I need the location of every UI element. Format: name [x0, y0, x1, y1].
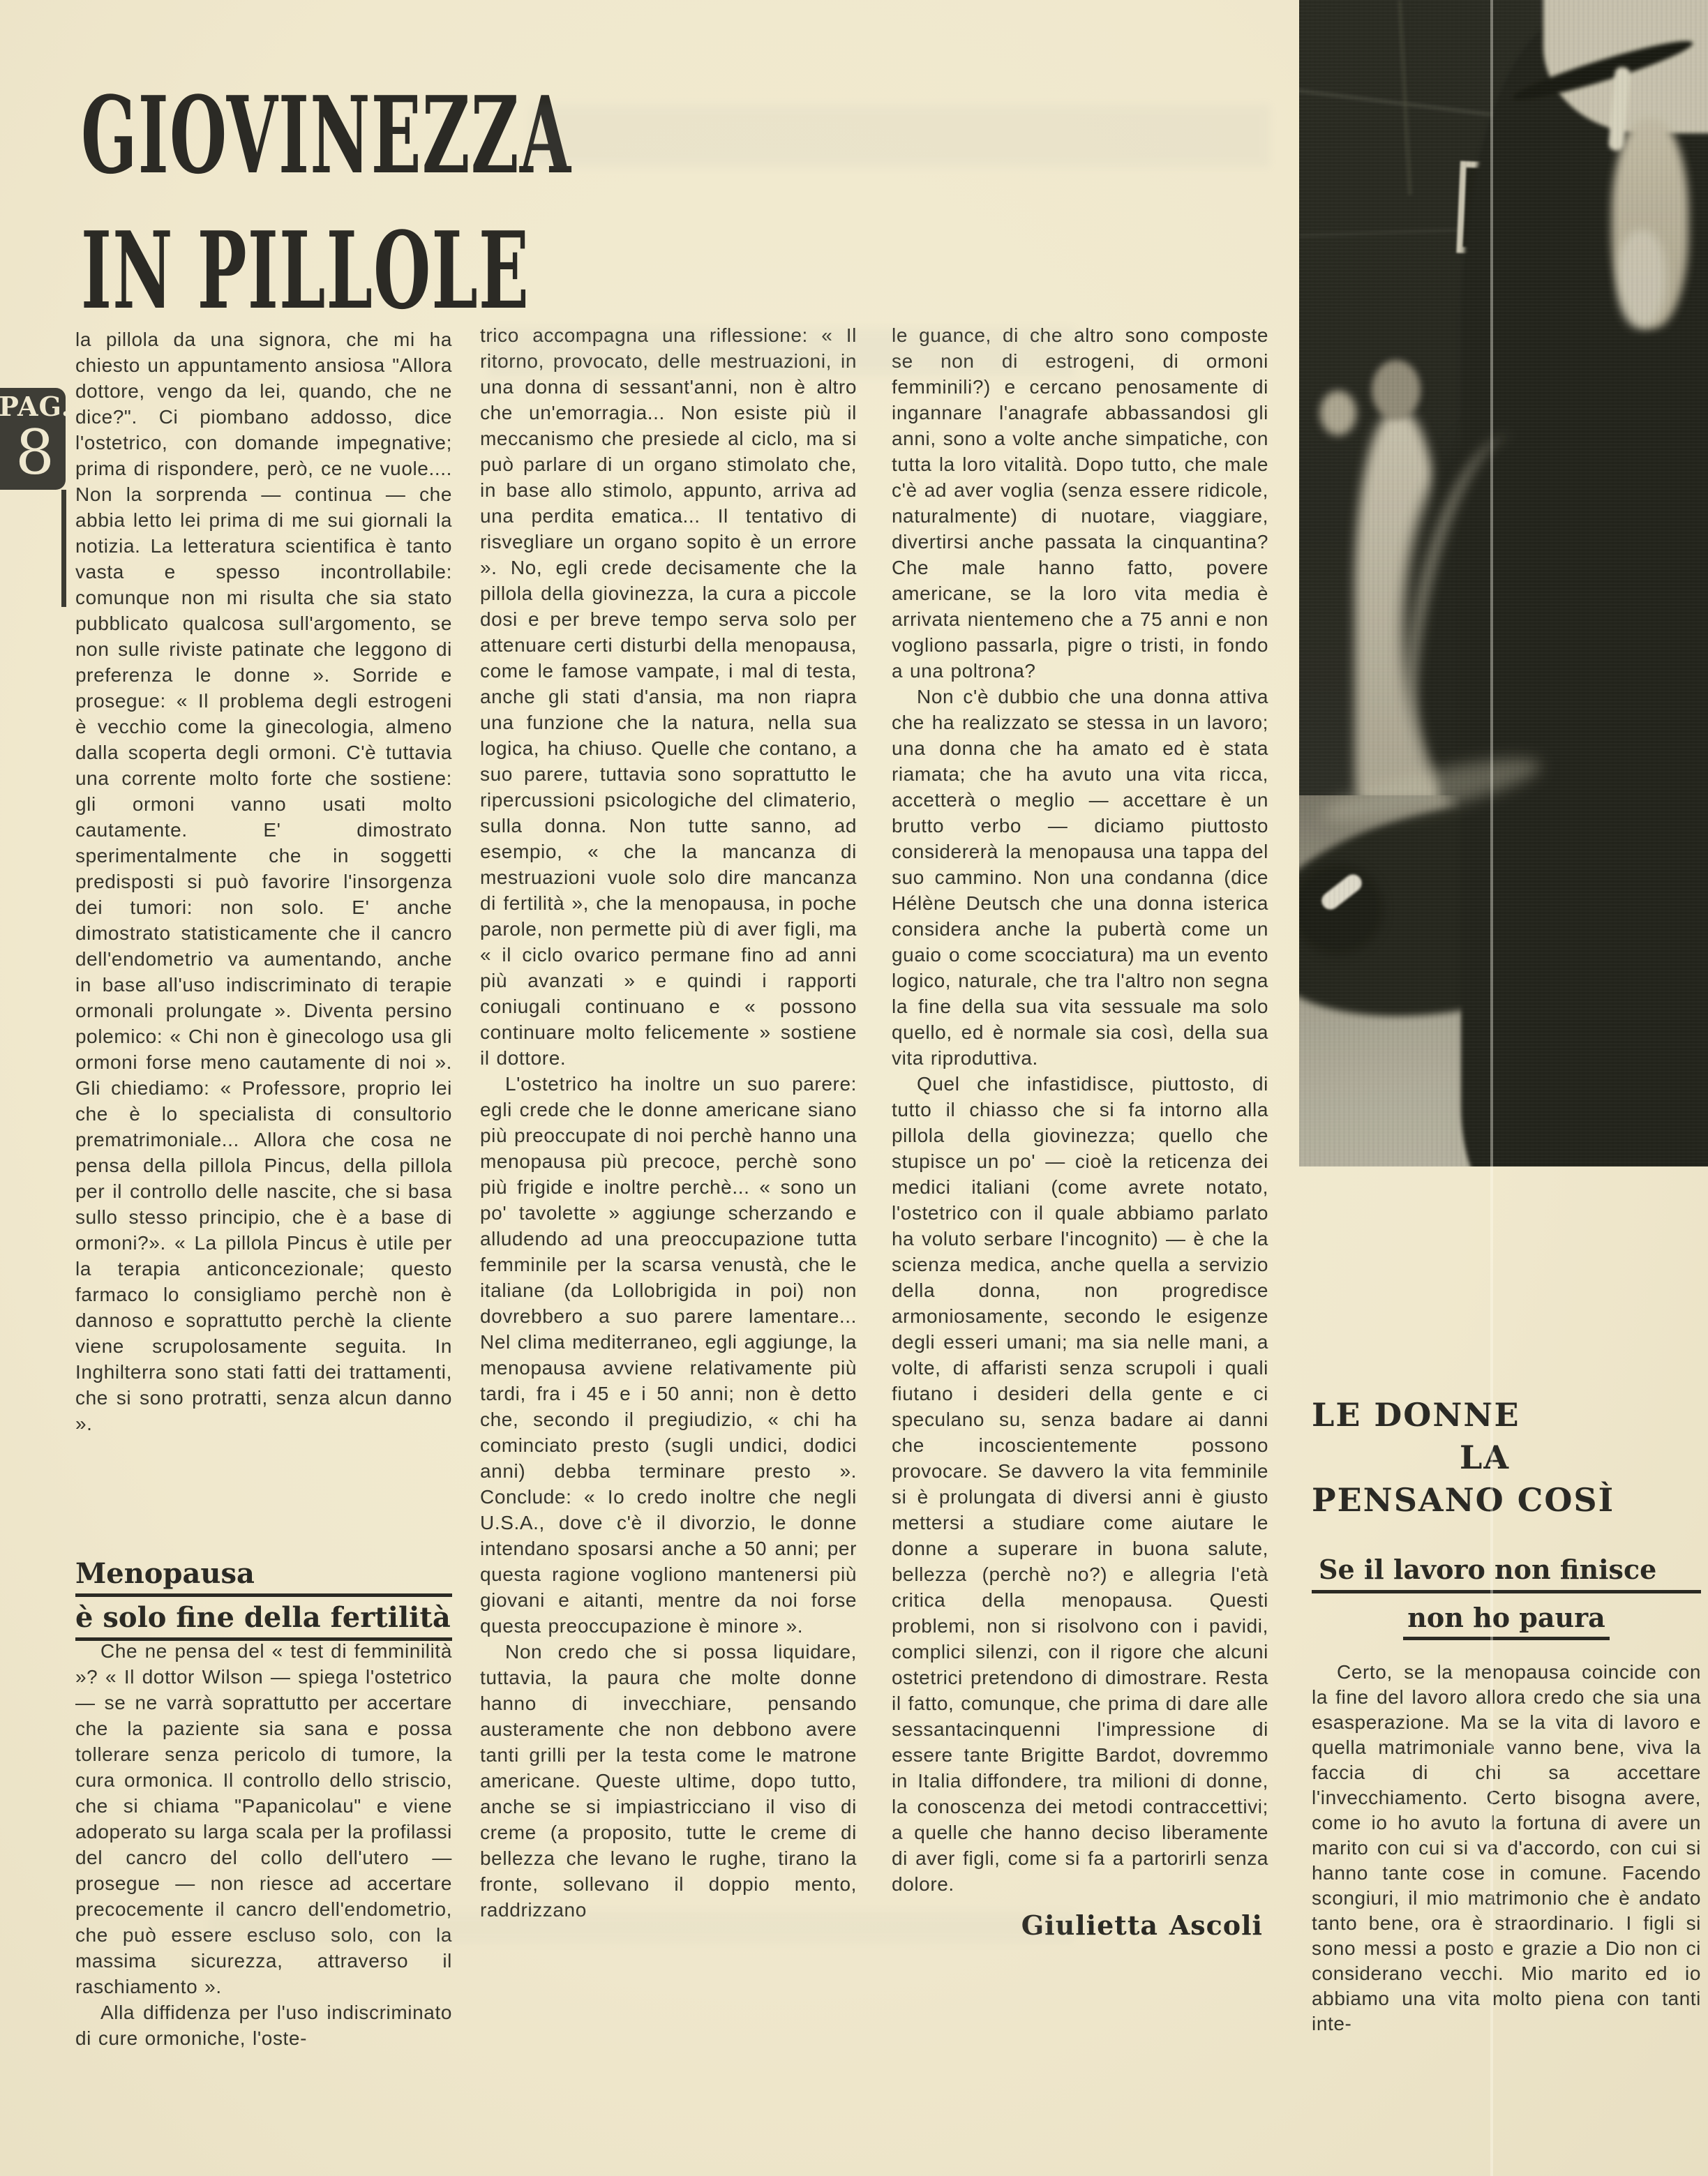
- magazine-page: GIOVINEZZA IN PILLOLE PAG. 8 TURNER CONS…: [0, 0, 1708, 2176]
- section-heading: Menopausa è solo fine della fertilità: [75, 1559, 452, 1641]
- article-column-2: trico accompagna una riflessione: « Il r…: [480, 322, 857, 1923]
- paragraph: Alla diffidenza per l'uso indiscriminato…: [75, 1999, 452, 2051]
- photo-grain-overlay: [1299, 0, 1708, 1166]
- margin-tick: [61, 490, 66, 607]
- paragraph: Certo, se la menopausa coincide con la f…: [1312, 1660, 1701, 2036]
- article-column-1: la pillola da una signora, che mi ha chi…: [75, 327, 452, 1436]
- paragraph: la pillola da una signora, che mi ha chi…: [75, 327, 452, 1436]
- paragraph: trico accompagna una riflessione: « Il r…: [480, 322, 857, 1071]
- sidebar-subhead-line1: Se il lavoro non finisce: [1312, 1555, 1701, 1593]
- paragraph: Che ne pensa del « test di femminilità »…: [75, 1638, 452, 1999]
- sidebar-headline-line2: LA: [1460, 1436, 1701, 1479]
- sidebar-headline-line3: PENSANO COSÌ: [1312, 1479, 1701, 1522]
- section-heading-line2: è solo fine della fertilità: [75, 1603, 452, 1641]
- street-photo: TURNER CONSTRUCTI COMPANY: [1299, 0, 1708, 1166]
- article-column-3: le guance, di che altro sono composte se…: [892, 322, 1268, 1938]
- sidebar-le-donne: LE DONNE LA PENSANO COSÌ Se il lavoro no…: [1312, 1394, 1701, 2036]
- page-number-badge: PAG. 8: [0, 388, 66, 490]
- paragraph: L'ostetrico ha inoltre un suo parere: eg…: [480, 1071, 857, 1639]
- paragraph: Non c'è dubbio che una donna attiva che …: [892, 684, 1268, 1071]
- article-title-text2: IN PILLOLE: [81, 218, 530, 324]
- sidebar-subhead-line2: non ho paura: [1403, 1603, 1610, 1640]
- ink-bleed-ghost: [209, 1912, 1074, 1944]
- article-title-text1: GIOVINEZZA: [81, 82, 571, 188]
- page-badge-number: 8: [15, 421, 54, 485]
- paragraph: Quel che infastidisce, piuttosto, di tut…: [892, 1071, 1268, 1897]
- article-column-1-lower: Che ne pensa del « test di femminilità »…: [75, 1638, 452, 2051]
- sidebar-body: Certo, se la menopausa coincide con la f…: [1312, 1660, 1701, 2036]
- page-fold-seam: [1490, 0, 1493, 2176]
- sidebar-subhead-line2-wrap: non ho paura: [1312, 1603, 1701, 1640]
- sidebar-headline-line1: LE DONNE: [1312, 1394, 1701, 1436]
- ink-bleed-ghost: [488, 328, 1074, 377]
- article-title-line2: IN PILLOLE: [81, 218, 804, 324]
- ink-bleed-ghost: [530, 105, 1270, 167]
- section-heading-line1: Menopausa: [75, 1559, 452, 1597]
- paragraph: Non credo che si possa liquidare, tuttav…: [480, 1639, 857, 1923]
